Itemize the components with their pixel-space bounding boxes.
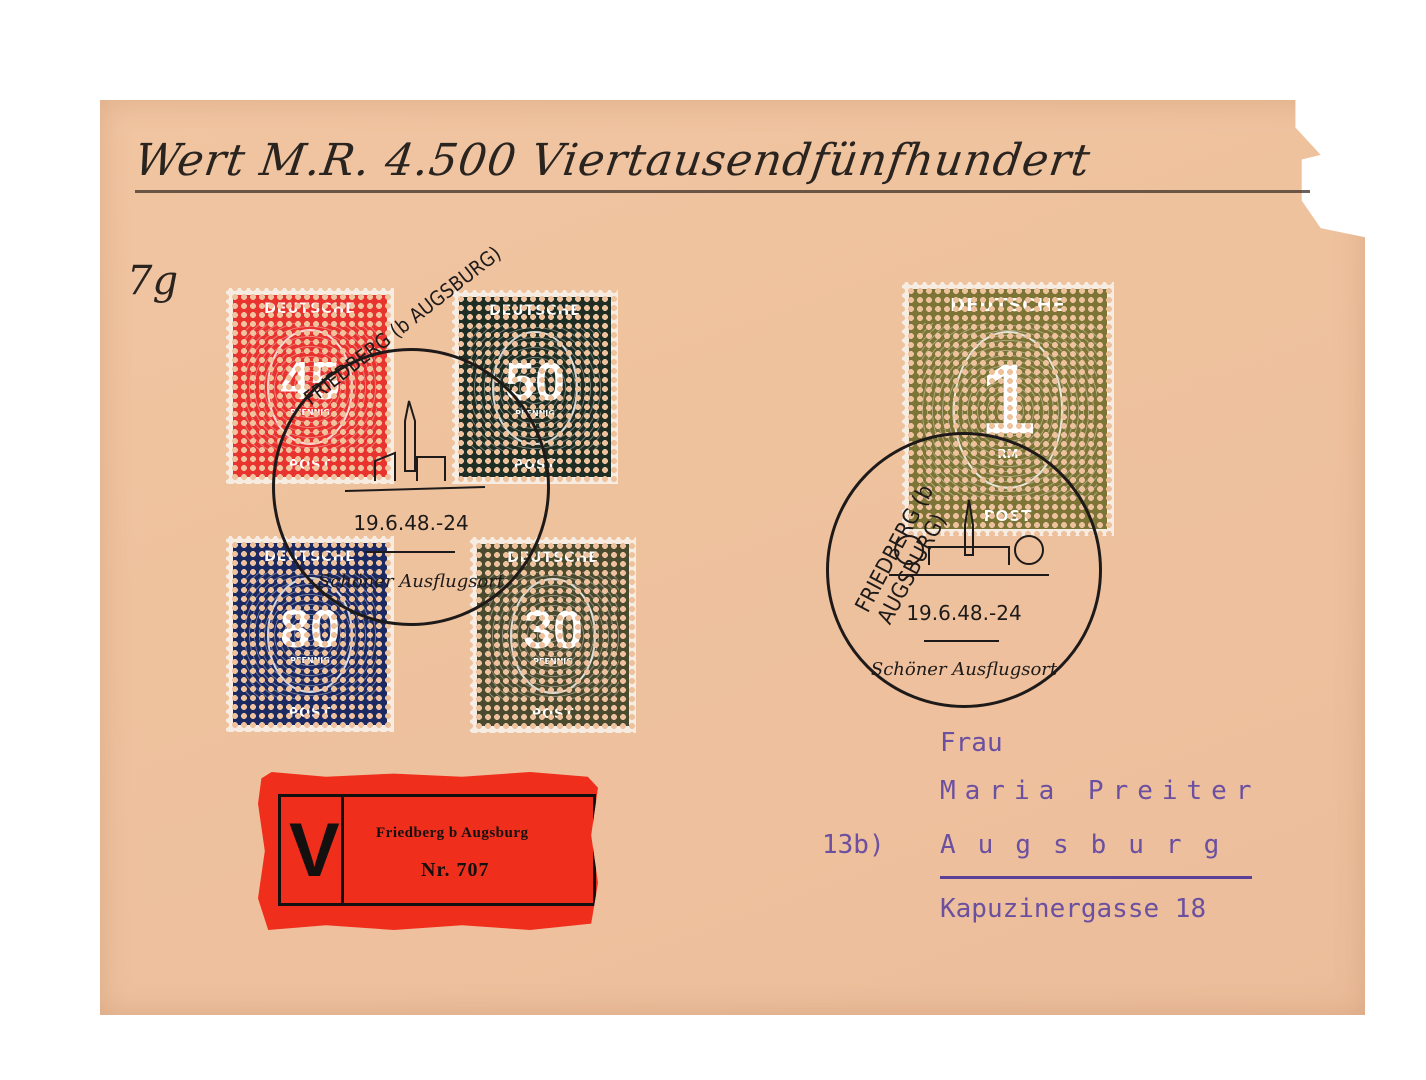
label-number: Nr. 707: [421, 859, 489, 882]
stamp-denomination: 50: [459, 351, 611, 413]
stamp-30-pfennig: DEUTSCHE 30 PFENNIG POST: [470, 537, 636, 733]
stamp-45-pfennig: DEUTSCHE 45 PFENNIG POST: [226, 288, 394, 484]
label-place: Friedberg b Augsburg: [376, 825, 529, 842]
stamp-unit: PFENNIG: [477, 657, 629, 666]
stamp-post: POST: [233, 458, 387, 473]
stamp-country: DEUTSCHE: [459, 297, 611, 319]
stamp-country: DEUTSCHE: [909, 289, 1107, 316]
label-letter: V: [289, 807, 340, 894]
stamp-1-reichsmark: DEUTSCHE 1 RM POST: [902, 282, 1114, 536]
handwritten-weight: 7g: [127, 258, 178, 304]
stamp-denomination: 30: [477, 599, 629, 661]
stamp-post: POST: [459, 458, 611, 473]
address-salutation: Frau: [940, 728, 1003, 758]
stamp-unit: PFENNIG: [459, 409, 611, 418]
stamp-denomination: 45: [233, 350, 387, 412]
stamp-post: POST: [909, 507, 1107, 525]
stamp-denomination: 1: [909, 342, 1107, 457]
stamp-post: POST: [233, 706, 387, 721]
stamp-country: DEUTSCHE: [233, 295, 387, 317]
value-letter-label: V Friedberg b Augsburg Nr. 707: [258, 772, 598, 930]
stamp-50-pfennig: DEUTSCHE 50 PFENNIG POST: [452, 290, 618, 484]
stamp-country: DEUTSCHE: [477, 544, 629, 566]
address-city: Augsburg: [940, 830, 1241, 860]
address-street: Kapuzinergasse 18: [940, 894, 1206, 924]
handwritten-underline: [135, 190, 1310, 193]
address-underline: [940, 876, 1252, 879]
stamp-unit: PFENNIG: [233, 656, 387, 665]
stamp-unit: PFENNIG: [233, 408, 387, 417]
stamp-unit: RM: [909, 447, 1107, 461]
stamp-80-pfennig: DEUTSCHE 80 PFENNIG POST: [226, 536, 394, 732]
address-name: Maria Preiter: [940, 776, 1261, 806]
stamp-denomination: 80: [233, 598, 387, 660]
handwritten-declared-value: Wert M.R. 4.500 Viertausendfünfhundert: [131, 135, 1093, 186]
stamp-post: POST: [477, 707, 629, 722]
stamp-country: DEUTSCHE: [233, 543, 387, 565]
address-postal-zone: 13b): [822, 830, 885, 860]
